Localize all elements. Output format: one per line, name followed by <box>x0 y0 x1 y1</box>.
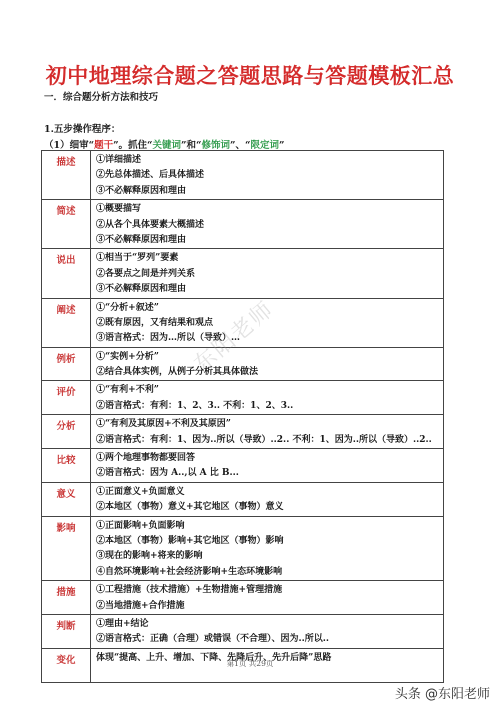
description-line: ④自然环境影响+社会经济影响+生态环境影响 <box>96 565 443 580</box>
description-line: ②语言格式：因为 A..,以 A 比 B... <box>96 466 443 481</box>
term-description: ①概要描写②从各个具体要素大概描述③不必解释原因和理由 <box>91 200 444 249</box>
term-description: ①正面影响+负面影响②本地区（事物）影响+其它地区（事物）影响③现在的影响+将来… <box>91 516 444 581</box>
instruction-line: （1）细审“题干”。抓住“关键词”和“修饰词”、“限定词” <box>44 137 284 151</box>
term-label: 简述 <box>42 200 91 249</box>
description-line: ②既有原因，又有结果和观点 <box>96 316 443 331</box>
term-description: ①两个地理事物都要回答②语言格式：因为 A..,以 A 比 B... <box>91 449 444 483</box>
answer-terms-table: 描述①详细描述②先总体描述、后具体描述③不必解释原因和理由简述①概要描写②从各个… <box>41 150 444 683</box>
description-line: ①详细描述 <box>96 153 443 168</box>
term-description: ①“实例+分析”②结合具体实例，从例子分析其具体做法 <box>91 347 444 381</box>
step-heading: 1.五步操作程序： <box>44 121 120 135</box>
description-line: ②语言格式：有利：1、2、3.. 不利：1、2、3.. <box>96 399 443 414</box>
term-description: ①正面意义+负面意义②本地区（事物）意义+其它地区（事物）意义 <box>91 482 444 516</box>
description-line: ③不必解释原因和理由 <box>96 233 443 248</box>
term-label: 说出 <box>42 249 91 298</box>
table-row: 例析①“实例+分析”②结合具体实例，从例子分析其具体做法 <box>42 347 444 381</box>
term-description: ①“分析+叙述”②既有原因，又有结果和观点③语言格式：因为…所以（导致）… <box>91 298 444 347</box>
description-line: ③现在的影响+将来的影响 <box>96 549 443 564</box>
description-line: ③不必解释原因和理由 <box>96 282 443 297</box>
table-row: 措施①工程措施（技术措施）+生物措施+管理措施②当地措施+合作措施 <box>42 581 444 615</box>
description-line: ③语言格式：因为…所以（导致）… <box>96 331 443 346</box>
term-description: ①详细描述②先总体描述、后具体描述③不必解释原因和理由 <box>91 151 444 200</box>
table-row: 分析①“有利及其原因+不利及其原因”②语言格式：有利：1、因为..所以（导致）.… <box>42 415 444 449</box>
term-description: ①“有利及其原因+不利及其原因”②语言格式：有利：1、因为..所以（导致）..2… <box>91 415 444 449</box>
description-line: ②先总体描述、后具体描述 <box>96 168 443 183</box>
term-label: 例析 <box>42 347 91 381</box>
term-description: ①相当于“罗列”要素②各要点之间是并列关系③不必解释原因和理由 <box>91 249 444 298</box>
description-line: ③不必解释原因和理由 <box>96 184 443 199</box>
description-line: ②各要点之间是并列关系 <box>96 267 443 282</box>
description-line: ①“有利+不利” <box>96 383 443 398</box>
term-label: 影响 <box>42 516 91 581</box>
term-label: 判断 <box>42 614 91 648</box>
term-label: 分析 <box>42 415 91 449</box>
description-line: ②本地区（事物）影响+其它地区（事物）影响 <box>96 534 443 549</box>
table-row: 简述①概要描写②从各个具体要素大概描述③不必解释原因和理由 <box>42 200 444 249</box>
page-title: 初中地理综合题之答题思路与答题模板汇总 <box>0 60 500 90</box>
table-row: 评价①“有利+不利”②语言格式：有利：1、2、3.. 不利：1、2、3.. <box>42 381 444 415</box>
description-line: ①相当于“罗列”要素 <box>96 251 443 266</box>
table-row: 判断①理由+结论②语言格式：正确（合理）或错误（不合理）、因为..所以.. <box>42 614 444 648</box>
description-line: ②结合具体实例，从例子分析其具体做法 <box>96 365 443 380</box>
table-row: 影响①正面影响+负面影响②本地区（事物）影响+其它地区（事物）影响③现在的影响+… <box>42 516 444 581</box>
term-description: ①工程措施（技术措施）+生物措施+管理措施②当地措施+合作措施 <box>91 581 444 615</box>
table-row: 说出①相当于“罗列”要素②各要点之间是并列关系③不必解释原因和理由 <box>42 249 444 298</box>
description-line: ②本地区（事物）意义+其它地区（事物）意义 <box>96 500 443 515</box>
table-row: 描述①详细描述②先总体描述、后具体描述③不必解释原因和理由 <box>42 151 444 200</box>
description-line: ①概要描写 <box>96 202 443 217</box>
description-line: ①“分析+叙述” <box>96 301 443 316</box>
description-line: ②语言格式：有利：1、因为..所以（导致）..2.. 不利：1、因为..所以（导… <box>96 433 443 448</box>
page-indicator: 第1页 共29页 <box>0 658 500 669</box>
term-label: 意义 <box>42 482 91 516</box>
description-line: ②从各个具体要素大概描述 <box>96 218 443 233</box>
term-description: ①理由+结论②语言格式：正确（合理）或错误（不合理）、因为..所以.. <box>91 614 444 648</box>
description-line: ②当地措施+合作措施 <box>96 599 443 614</box>
table-row: 比较①两个地理事物都要回答②语言格式：因为 A..,以 A 比 B... <box>42 449 444 483</box>
description-line: ②语言格式：正确（合理）或错误（不合理）、因为..所以.. <box>96 632 443 647</box>
description-line: ①两个地理事物都要回答 <box>96 451 443 466</box>
description-line: ①“有利及其原因+不利及其原因” <box>96 417 443 432</box>
table-row: 意义①正面意义+负面意义②本地区（事物）意义+其它地区（事物）意义 <box>42 482 444 516</box>
term-label: 评价 <box>42 381 91 415</box>
term-label: 描述 <box>42 151 91 200</box>
table-row: 阐述①“分析+叙述”②既有原因，又有结果和观点③语言格式：因为…所以（导致）… <box>42 298 444 347</box>
description-line: ①理由+结论 <box>96 617 443 632</box>
brand-watermark: 头条 @东阳老师 <box>395 683 490 702</box>
description-line: ①正面意义+负面意义 <box>96 485 443 500</box>
term-label: 措施 <box>42 581 91 615</box>
term-label: 比较 <box>42 449 91 483</box>
description-line: ①工程措施（技术措施）+生物措施+管理措施 <box>96 583 443 598</box>
description-line: ①正面影响+负面影响 <box>96 519 443 534</box>
description-line: ①“实例+分析” <box>96 350 443 365</box>
term-description: ①“有利+不利”②语言格式：有利：1、2、3.. 不利：1、2、3.. <box>91 381 444 415</box>
term-label: 阐述 <box>42 298 91 347</box>
section-heading: 一．综合题分析方法和技巧 <box>44 89 158 103</box>
